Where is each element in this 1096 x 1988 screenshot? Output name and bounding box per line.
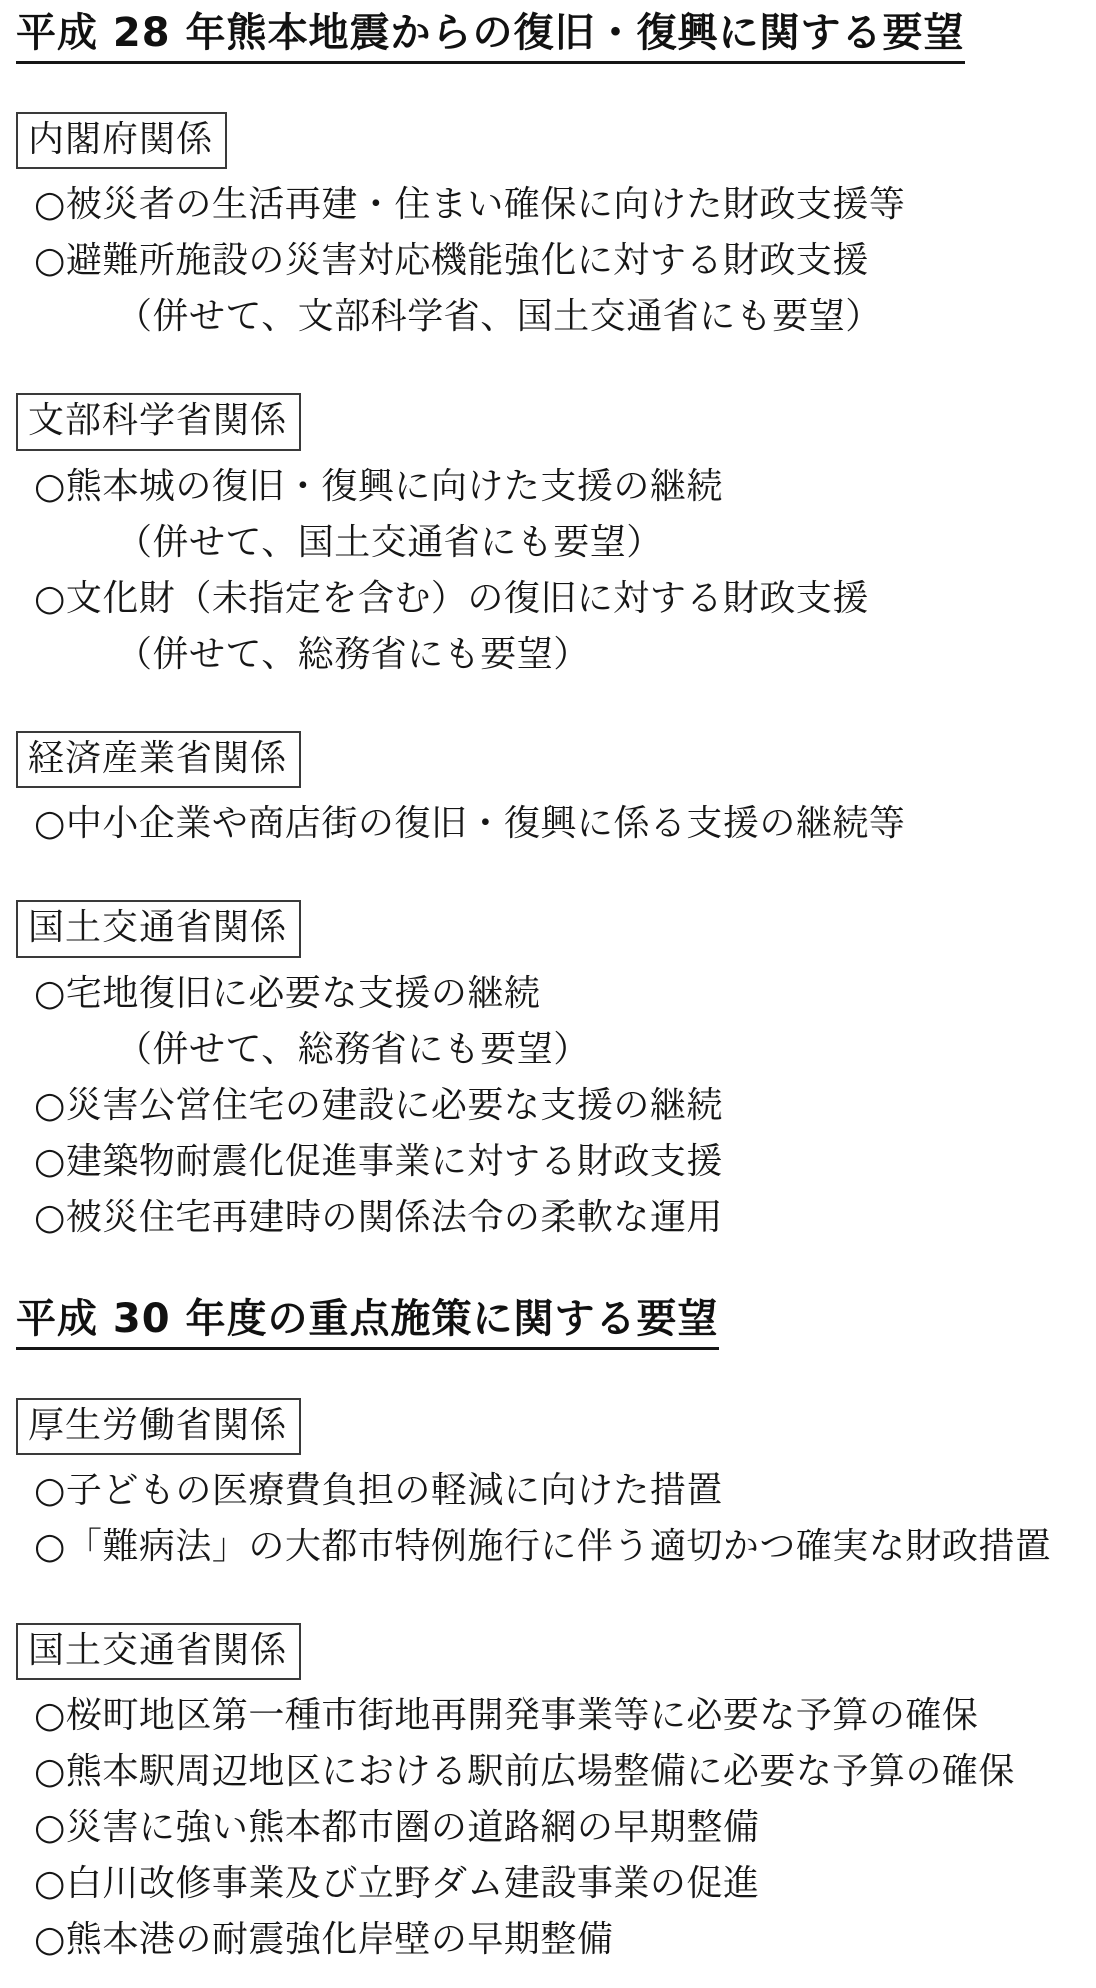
request-item: ○文化財（未指定を含む）の復旧に対する財政支援 [16,571,1080,627]
request-item: ○中小企業や商店街の復旧・復興に係る支援の継続等 [16,796,1080,852]
part1-title: 平成 28 年熊本地震からの復旧・復興に関する要望 [16,8,965,64]
request-item: ○熊本駅周辺地区における駅前広場整備に必要な予算の確保 [16,1744,1080,1800]
section-cabinet-office: 内閣府関係 ○被災者の生活再建・住まい確保に向けた財政支援等 ○避難所施設の災害… [16,112,1080,345]
request-item: ○被災者の生活再建・住まい確保に向けた財政支援等 [16,177,1080,233]
section-mlit-recovery: 国土交通省関係 ○宅地復旧に必要な支援の継続 （併せて、総務省にも要望） ○災害… [16,900,1080,1245]
request-item: ○災害に強い熊本都市圏の道路網の早期整備 [16,1800,1080,1856]
section-meti: 経済産業省関係 ○中小企業や商店街の復旧・復興に係る支援の継続等 [16,731,1080,852]
section-header-mhlw: 厚生労働省関係 [16,1398,301,1455]
section-mext: 文部科学省関係 ○熊本城の復旧・復興に向けた支援の継続 （併せて、国土交通省にも… [16,393,1080,682]
request-item: ○熊本港の耐震強化岸壁の早期整備 [16,1912,1080,1968]
request-item: ○「難病法」の大都市特例施行に伴う適切かつ確実な財政措置 [16,1519,1080,1575]
section-header-cabinet-office: 内閣府関係 [16,112,227,169]
request-item: ○避難所施設の災害対応機能強化に対する財政支援 [16,233,1080,289]
request-item: ○白川改修事業及び立野ダム建設事業の促進 [16,1856,1080,1912]
document-page: 平成 28 年熊本地震からの復旧・復興に関する要望 内閣府関係 ○被災者の生活再… [0,0,1096,1988]
section-header-mlit-priority: 国土交通省関係 [16,1623,301,1680]
request-item: ○災害公営住宅の建設に必要な支援の継続 [16,1078,1080,1134]
section-mhlw: 厚生労働省関係 ○子どもの医療費負担の軽減に向けた措置 ○「難病法」の大都市特例… [16,1398,1080,1575]
section-header-mlit-recovery: 国土交通省関係 [16,900,301,957]
request-item: ○建築物耐震化促進事業に対する財政支援 [16,1134,1080,1190]
request-item: ○被災住宅再建時の関係法令の柔軟な運用 [16,1190,1080,1246]
request-note: （併せて、文部科学省、国土交通省にも要望） [16,289,1080,345]
request-item: ○桜町地区第一種市街地再開発事業等に必要な予算の確保 [16,1688,1080,1744]
section-header-meti: 経済産業省関係 [16,731,301,788]
section-header-mext: 文部科学省関係 [16,393,301,450]
part2-title: 平成 30 年度の重点施策に関する要望 [16,1294,719,1350]
part2-title-wrap: 平成 30 年度の重点施策に関する要望 [16,1294,1080,1350]
request-item: ○熊本城の復旧・復興に向けた支援の継続 [16,459,1080,515]
request-note: （併せて、総務省にも要望） [16,627,1080,683]
request-note: （併せて、総務省にも要望） [16,1022,1080,1078]
request-item: ○子どもの医療費負担の軽減に向けた措置 [16,1463,1080,1519]
section-mlit-priority: 国土交通省関係 ○桜町地区第一種市街地再開発事業等に必要な予算の確保 ○熊本駅周… [16,1623,1080,1968]
request-note: （併せて、国土交通省にも要望） [16,515,1080,571]
request-item: ○宅地復旧に必要な支援の継続 [16,966,1080,1022]
